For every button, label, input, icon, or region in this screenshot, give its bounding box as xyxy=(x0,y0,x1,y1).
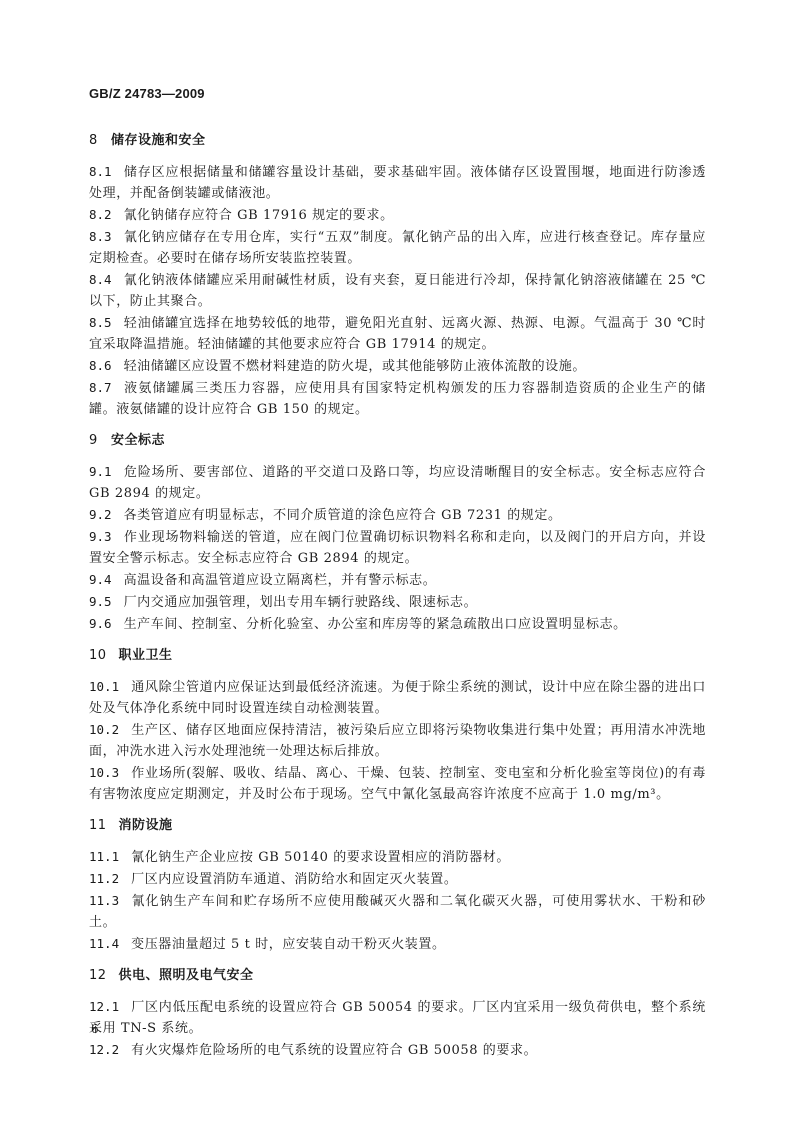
clause-text: 厂区内低压配电系统的设置应符合 GB 50054 的要求。厂区内宜采用一级负荷供… xyxy=(89,1000,706,1036)
clause-number: 10.1 xyxy=(89,679,119,694)
section-heading: 12供电、照明及电气安全 xyxy=(89,965,706,986)
section-10: 10职业卫生 10.1通风除尘管道内应保证达到最低经济流速。为便于除尘系统的测试… xyxy=(89,645,706,805)
clause-number: 9.1 xyxy=(89,464,112,479)
clause-list: 10.1通风除尘管道内应保证达到最低经济流速。为便于除尘系统的测试，设计中应在除… xyxy=(89,676,706,805)
clause-text: 变压器油量超过 5 t 时，应安装自动干粉灭火装置。 xyxy=(131,937,446,952)
section-title: 消防设施 xyxy=(119,818,173,833)
section-title: 安全标志 xyxy=(111,433,165,448)
clause-list: 9.1危险场所、要害部位、道路的平交道口及路口等，均应设清晰醒目的安全标志。安全… xyxy=(89,461,706,635)
clause-number: 11.2 xyxy=(89,871,119,886)
section-title: 职业卫生 xyxy=(119,648,173,663)
clause-number: 10.2 xyxy=(89,722,119,737)
clause-number: 8.6 xyxy=(89,358,112,373)
clause-text: 生产车间、控制室、分析化验室、办公室和库房等的紧急疏散出口应设置明显标志。 xyxy=(124,617,627,632)
clause: 11.2厂区内应设置消防车通道、消防给水和固定灭火装置。 xyxy=(89,868,706,890)
clause: 8.4氰化钠液体储罐应采用耐碱性材质，设有夹套，夏日能进行冷却，保持氰化钠溶液储… xyxy=(89,269,706,312)
clause-text: 厂内交通应加强管理，划出专用车辆行驶路线、限速标志。 xyxy=(124,595,478,610)
clause-list: 8.1储存区应根据储量和储罐容量设计基础，要求基础牢固。液体储存区设置围堰，地面… xyxy=(89,161,706,420)
section-11: 11消防设施 11.1氰化钠生产企业应按 GB 50140 的要求设置相应的消防… xyxy=(89,815,706,955)
clause-list: 11.1氰化钠生产企业应按 GB 50140 的要求设置相应的消防器材。 11.… xyxy=(89,846,706,955)
clause: 9.6生产车间、控制室、分析化验室、办公室和库房等的紧急疏散出口应设置明显标志。 xyxy=(89,613,706,635)
clause: 8.2氰化钠储存应符合 GB 17916 规定的要求。 xyxy=(89,204,706,226)
clause-number: 11.1 xyxy=(89,849,119,864)
clause-text: 生产区、储存区地面应保持清洁，被污染后应立即将污染物收集进行集中处置；再用清水冲… xyxy=(89,723,706,759)
section-title: 储存设施和安全 xyxy=(111,133,206,148)
clause: 9.2各类管道应有明显标志，不同介质管道的涂色应符合 GB 7231 的规定。 xyxy=(89,504,706,526)
clause: 9.3作业现场物料输送的管道，应在阀门位置确切标识物料名称和走向，以及阀门的开启… xyxy=(89,526,706,569)
clause: 9.1危险场所、要害部位、道路的平交道口及路口等，均应设清晰醒目的安全标志。安全… xyxy=(89,461,706,504)
clause-number: 8.2 xyxy=(89,207,112,222)
clause-text: 储存区应根据储量和储罐容量设计基础，要求基础牢固。液体储存区设置围堰，地面进行防… xyxy=(89,165,706,201)
section-12: 12供电、照明及电气安全 12.1厂区内低压配电系统的设置应符合 GB 5005… xyxy=(89,965,706,1061)
section-number: 11 xyxy=(89,815,107,836)
clause-number: 8.1 xyxy=(89,164,112,179)
document-page: GB/Z 24783—2009 8储存设施和安全 8.1储存区应根据储量和储罐容… xyxy=(0,0,794,1123)
clause-number: 8.3 xyxy=(89,229,112,244)
clause-text: 氰化钠应储存在专用仓库，实行“五双”制度。氰化钠产品的出入库，应进行核查登记。库… xyxy=(89,230,706,266)
clause: 11.3氰化钠生产车间和贮存场所不应使用酸碱灭火器和二氧化碳灭火器，可使用雾状水… xyxy=(89,890,706,933)
clause: 11.4变压器油量超过 5 t 时，应安装自动干粉灭火装置。 xyxy=(89,933,706,955)
clause-number: 8.4 xyxy=(89,272,112,287)
clause-text: 氰化钠储存应符合 GB 17916 规定的要求。 xyxy=(124,208,394,223)
clause: 11.1氰化钠生产企业应按 GB 50140 的要求设置相应的消防器材。 xyxy=(89,846,706,868)
section-heading: 10职业卫生 xyxy=(89,645,706,666)
clause-text: 氰化钠生产企业应按 GB 50140 的要求设置相应的消防器材。 xyxy=(131,850,510,865)
clause-text: 氰化钠生产车间和贮存场所不应使用酸碱灭火器和二氧化碳灭火器，可使用雾状水、干粉和… xyxy=(89,894,706,930)
clause: 12.2有火灾爆炸危险场所的电气系统的设置应符合 GB 50058 的要求。 xyxy=(89,1039,706,1061)
clause: 8.5轻油储罐宜选择在地势较低的地带，避免阳光直射、远离火源、热源、电源。气温高… xyxy=(89,312,706,355)
clause-number: 8.7 xyxy=(89,380,112,395)
section-number: 12 xyxy=(89,965,107,986)
clause-text: 厂区内应设置消防车通道、消防给水和固定灭火装置。 xyxy=(131,872,457,887)
clause-text: 作业现场物料输送的管道，应在阀门位置确切标识物料名称和走向，以及阀门的开启方向，… xyxy=(89,530,706,566)
clause-text: 危险场所、要害部位、道路的平交道口及路口等，均应设清晰醒目的安全标志。安全标志应… xyxy=(89,465,706,501)
clause-list: 12.1厂区内低压配电系统的设置应符合 GB 50054 的要求。厂区内宜采用一… xyxy=(89,996,706,1061)
section-heading: 8储存设施和安全 xyxy=(89,130,706,151)
clause-number: 8.5 xyxy=(89,315,112,330)
clause: 9.4高温设备和高温管道应设立隔离栏，并有警示标志。 xyxy=(89,569,706,591)
section-9: 9安全标志 9.1危险场所、要害部位、道路的平交道口及路口等，均应设清晰醒目的安… xyxy=(89,430,706,635)
document-body: 8储存设施和安全 8.1储存区应根据储量和储罐容量设计基础，要求基础牢固。液体储… xyxy=(89,130,706,1071)
section-number: 9 xyxy=(89,430,99,451)
clause-number: 10.3 xyxy=(89,765,119,780)
section-heading: 9安全标志 xyxy=(89,430,706,451)
section-number: 10 xyxy=(89,645,107,666)
clause: 8.6轻油储罐区应设置不燃材料建造的防火堤，或其他能够防止液体流散的设施。 xyxy=(89,355,706,377)
clause-number: 9.5 xyxy=(89,594,112,609)
clause-text: 轻油储罐宜选择在地势较低的地带，避免阳光直射、远离火源、热源、电源。气温高于 3… xyxy=(89,316,706,352)
clause-number: 9.3 xyxy=(89,529,112,544)
clause-text: 高温设备和高温管道应设立隔离栏，并有警示标志。 xyxy=(124,573,437,588)
clause-text: 液氨储罐属三类压力容器，应使用具有国家特定机构颁发的压力容器制造资质的企业生产的… xyxy=(89,381,706,417)
clause-text: 通风除尘管道内应保证达到最低经济流速。为便于除尘系统的测试，设计中应在除尘器的进… xyxy=(89,680,706,716)
clause-text: 各类管道应有明显标志，不同介质管道的涂色应符合 GB 7231 的规定。 xyxy=(124,508,562,523)
clause: 8.7液氨储罐属三类压力容器，应使用具有国家特定机构颁发的压力容器制造资质的企业… xyxy=(89,377,706,420)
clause: 12.1厂区内低压配电系统的设置应符合 GB 50054 的要求。厂区内宜采用一… xyxy=(89,996,706,1039)
clause: 8.1储存区应根据储量和储罐容量设计基础，要求基础牢固。液体储存区设置围堰，地面… xyxy=(89,161,706,204)
clause-text: 轻油储罐区应设置不燃材料建造的防火堤，或其他能够防止液体流散的设施。 xyxy=(124,359,586,374)
clause: 10.2生产区、储存区地面应保持清洁，被污染后应立即将污染物收集进行集中处置；再… xyxy=(89,719,706,762)
clause: 8.3氰化钠应储存在专用仓库，实行“五双”制度。氰化钠产品的出入库，应进行核查登… xyxy=(89,226,706,269)
page-number: 6 xyxy=(91,1022,99,1036)
clause-number: 9.2 xyxy=(89,507,112,522)
clause-text: 作业场所(裂解、吸收、结晶、离心、干燥、包装、控制室、变电室和分析化验室等岗位)… xyxy=(89,766,706,802)
clause: 10.3作业场所(裂解、吸收、结晶、离心、干燥、包装、控制室、变电室和分析化验室… xyxy=(89,762,706,805)
standard-number-header: GB/Z 24783—2009 xyxy=(89,86,205,101)
clause-number: 12.2 xyxy=(89,1042,119,1057)
clause-number: 9.4 xyxy=(89,572,112,587)
clause-number: 11.4 xyxy=(89,936,119,951)
clause-text: 有火灾爆炸危险场所的电气系统的设置应符合 GB 50058 的要求。 xyxy=(131,1043,537,1058)
section-8: 8储存设施和安全 8.1储存区应根据储量和储罐容量设计基础，要求基础牢固。液体储… xyxy=(89,130,706,420)
section-title: 供电、照明及电气安全 xyxy=(119,968,254,983)
clause: 9.5厂内交通应加强管理，划出专用车辆行驶路线、限速标志。 xyxy=(89,591,706,613)
clause-text: 氰化钠液体储罐应采用耐碱性材质，设有夹套，夏日能进行冷却，保持氰化钠溶液储罐在 … xyxy=(89,273,706,309)
clause-number: 12.1 xyxy=(89,999,119,1014)
clause-number: 9.6 xyxy=(89,616,112,631)
section-heading: 11消防设施 xyxy=(89,815,706,836)
clause: 10.1通风除尘管道内应保证达到最低经济流速。为便于除尘系统的测试，设计中应在除… xyxy=(89,676,706,719)
clause-number: 11.3 xyxy=(89,893,119,908)
section-number: 8 xyxy=(89,130,99,151)
